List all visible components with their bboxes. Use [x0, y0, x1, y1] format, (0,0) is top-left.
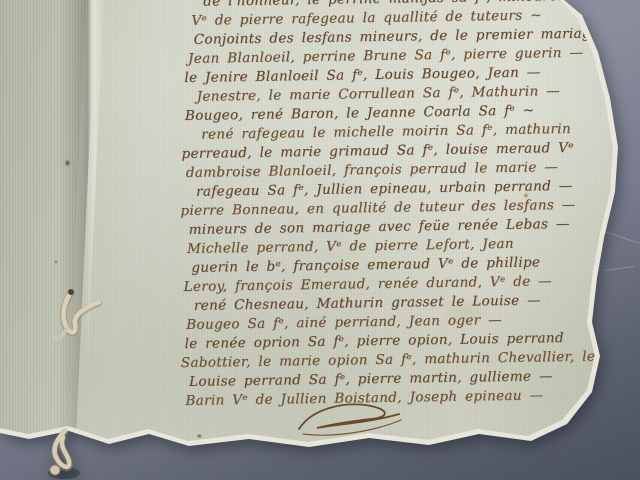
handwritten-text-block: de l'honneur, le perrine manijas sa fᵉ, …: [183, 0, 640, 411]
photo-of-manuscript: de l'honneur, le perrine manijas sa fᵉ, …: [0, 0, 640, 480]
edge-dirt-speck: [196, 434, 203, 438]
edge-dirt-speck: [345, 442, 353, 447]
ink-flourish: [293, 397, 405, 439]
binding-thread-icon: [40, 428, 102, 480]
paper-sheet: de l'honneur, le perrine manijas sa fᵉ, …: [0, 0, 640, 480]
binding-thread-icon: [48, 286, 110, 348]
ink-fleck: [65, 159, 70, 167]
manuscript-page: de l'honneur, le perrine manijas sa fᵉ, …: [0, 0, 640, 480]
fold-crease-highlight: [0, 0, 110, 480]
foxing-stain: [54, 260, 58, 264]
